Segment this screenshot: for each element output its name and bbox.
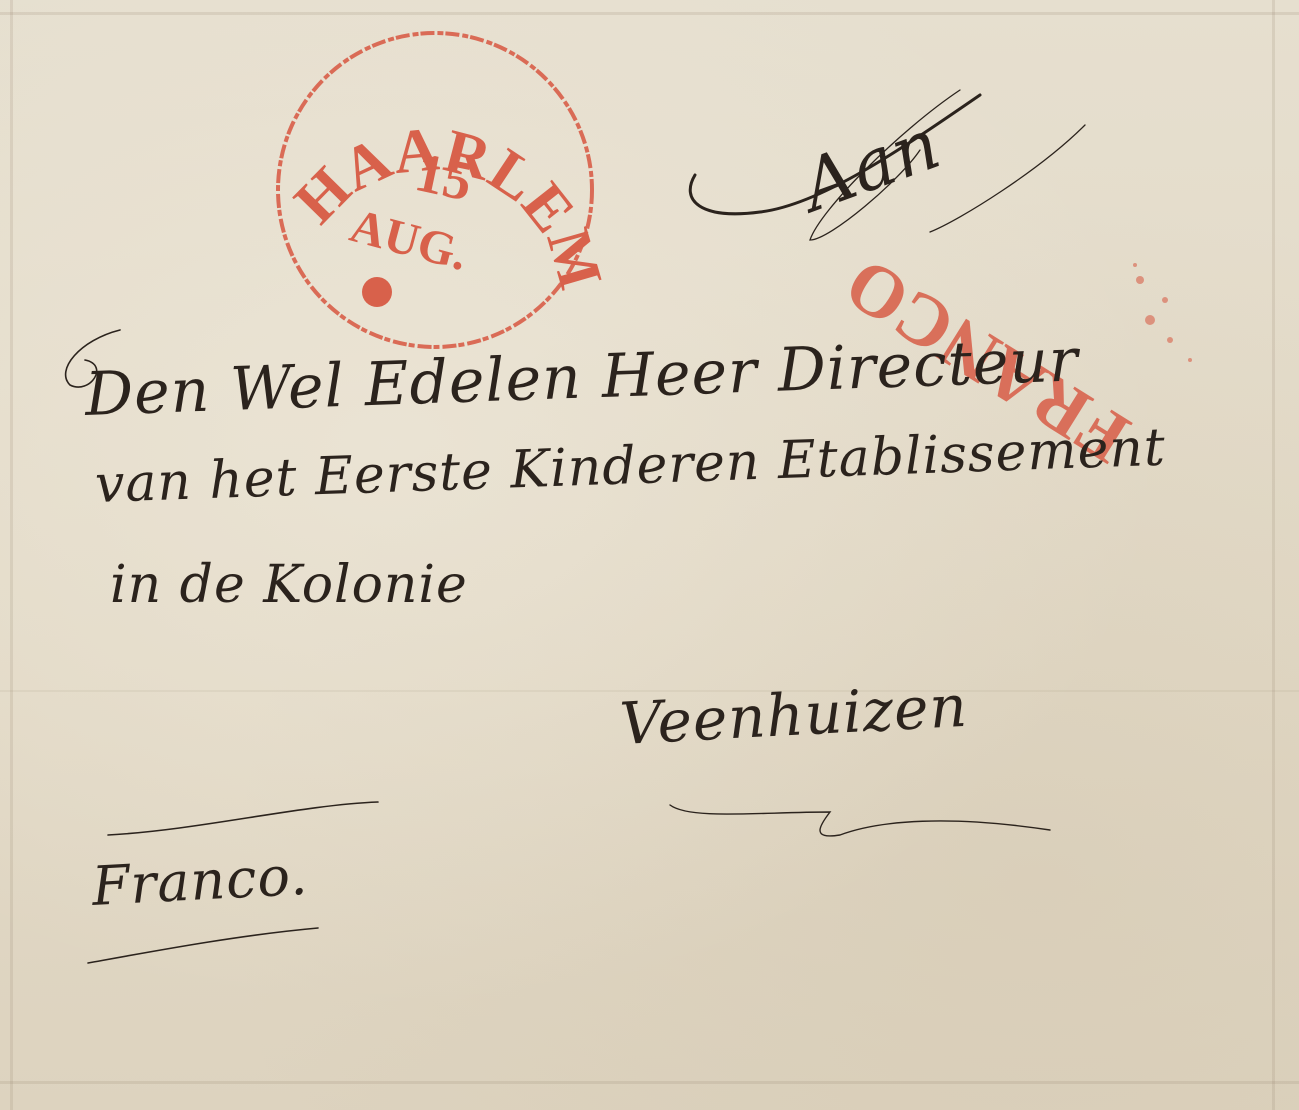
franco-annotation: Franco. xyxy=(90,844,309,918)
address-line-3: in de Kolonie xyxy=(110,555,468,615)
